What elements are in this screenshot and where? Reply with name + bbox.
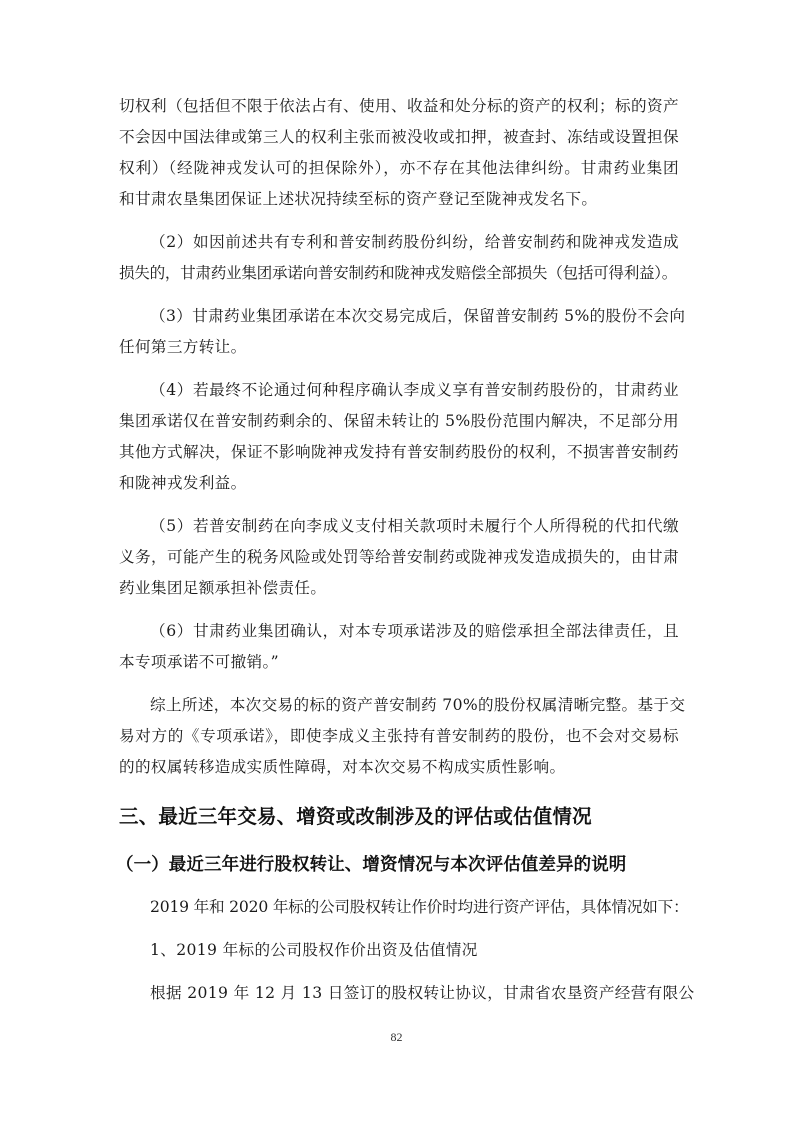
paragraph-line: 和甘肃农垦集团保证上述状况持续至标的资产登记至陇神戎发名下。 [119, 189, 679, 209]
paragraph-line: 根据 2019 年 12 月 13 日签订的股权转让协议，甘肃省农垦资产经营有限… [150, 983, 679, 1003]
paragraph-line: 任何第三方转让。 [119, 337, 679, 357]
paragraph-line: 药业集团足额承担补偿责任。 [119, 578, 679, 598]
paragraph-line: 损失的，甘肃药业集团承诺向普安制药和陇神戎发赔偿全部损失（包括可得利益）。 [119, 263, 679, 283]
document-page: 切权利（包括但不限于依法占有、使用、收益和处分标的资产的权利；标的资产 不会因中… [0, 0, 793, 1122]
page-number: 82 [0, 1030, 793, 1045]
paragraph-line: 不会因中国法律或第三人的权利主张而被没收或扣押，被查封、冻结或设置担保 [119, 127, 679, 147]
paragraph-line: 易对方的《专项承诺》，即使李成义主张持有普安制药的股份，也不会对交易标 [119, 726, 679, 746]
paragraph-line: 和陇神戎发利益。 [119, 473, 679, 493]
paragraph-line: （2）如因前述共有专利和普安制药股份纠纷，给普安制药和陇神戎发造成 [150, 232, 679, 252]
paragraph-line: （4）若最终不论通过何种程序确认李成义享有普安制药股份的，甘肃药业 [150, 380, 679, 400]
paragraph-line: （3）甘肃药业集团承诺在本次交易完成后，保留普安制药 5%的股份不会向 [150, 306, 679, 326]
paragraph-line: 义务，可能产生的税务风险或处罚等给普安制药或陇神戎发造成损失的，由甘肃 [119, 547, 679, 567]
paragraph-line: 其他方式解决，保证不影响陇神戎发持有普安制药股份的权利，不损害普安制药 [119, 442, 679, 462]
paragraph-line: 切权利（包括但不限于依法占有、使用、收益和处分标的资产的权利；标的资产 [119, 96, 679, 116]
paragraph-line: 1、2019 年标的公司股权作价出资及估值情况 [150, 940, 710, 960]
section-heading: 三、最近三年交易、增资或改制涉及的评估或估值情况 [119, 805, 592, 829]
paragraph-line: （6）甘肃药业集团确认，对本专项承诺涉及的赔偿承担全部法律责任，且 [150, 621, 679, 641]
paragraph-line: 的的权属转移造成实质性障碍，对本次交易不构成实质性影响。 [119, 757, 679, 777]
paragraph-line: 集团承诺仅在普安制药剩余的、保留未转让的 5%股份范围内解决，不足部分用 [119, 411, 679, 431]
paragraph-line: 权利）（经陇神戎发认可的担保除外），亦不存在其他法律纠纷。甘肃药业集团 [119, 158, 679, 178]
paragraph-line: 综上所述，本次交易的标的资产普安制药 70%的股份权属清晰完整。基于交 [150, 695, 679, 715]
paragraph-line: 2019 年和 2020 年标的公司股权转让作价时均进行资产评估，具体情况如下： [150, 897, 679, 917]
subsection-heading: （一）最近三年进行股权转让、增资情况与本次评估值差异的说明 [116, 854, 626, 876]
paragraph-line: 本专项承诺不可撤销。” [119, 652, 679, 672]
paragraph-line: （5）若普安制药在向李成义支付相关款项时未履行个人所得税的代扣代缴 [150, 516, 679, 536]
